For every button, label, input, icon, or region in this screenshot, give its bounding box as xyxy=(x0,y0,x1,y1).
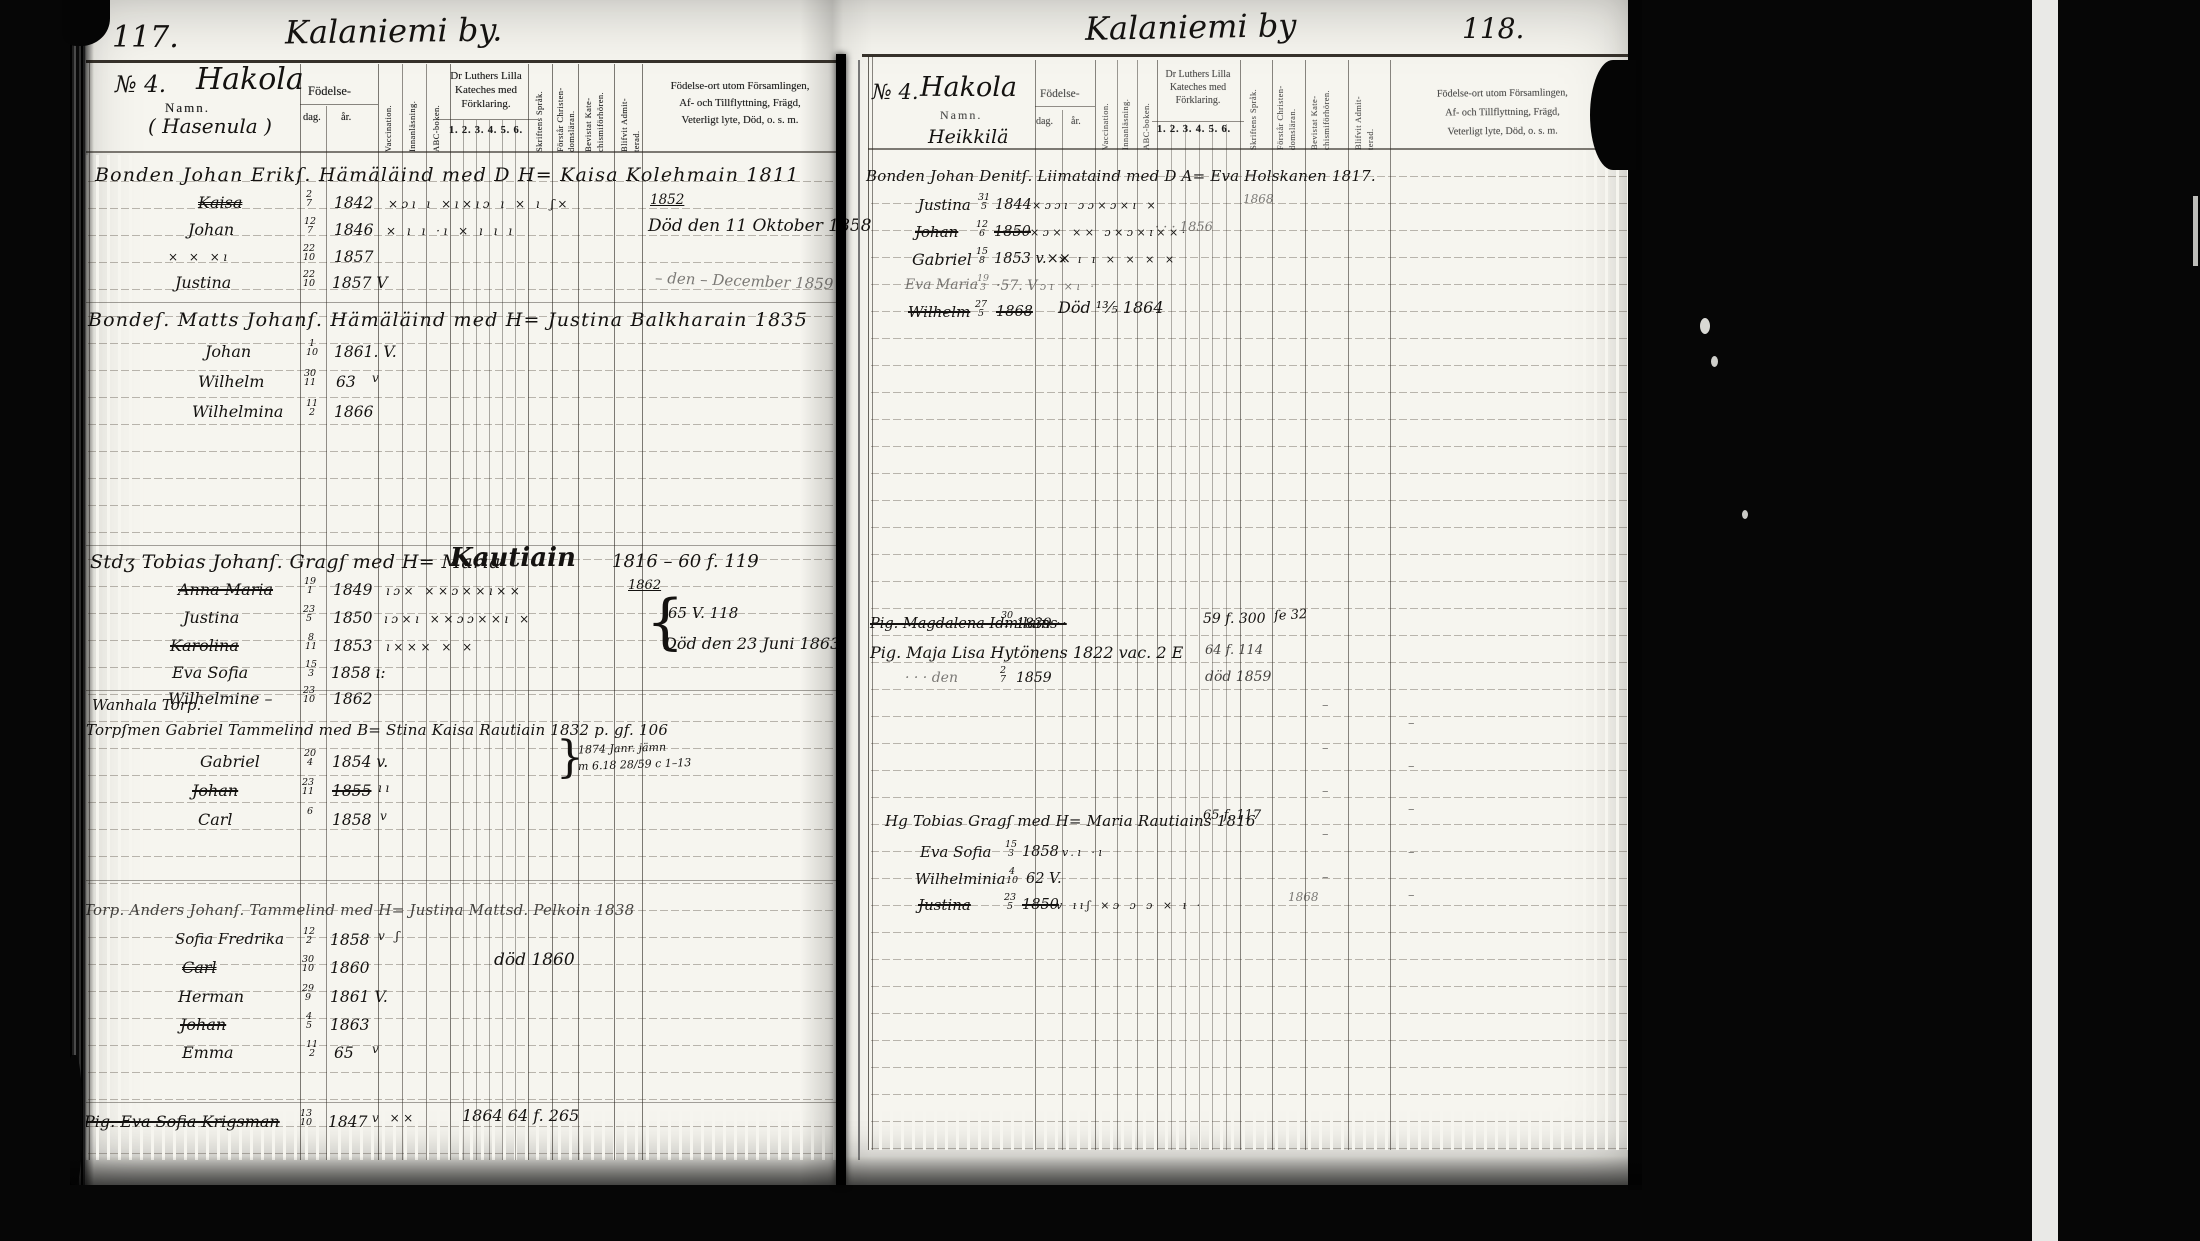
catechism-header-line1: Dr Luthers Lilla xyxy=(1150,68,1246,81)
birth-date: 191 xyxy=(304,578,316,595)
death-remark: Död ¹³⁄₅ 1864 xyxy=(1058,298,1164,317)
birth-year: ·57. V xyxy=(996,278,1037,294)
person-name: Justina xyxy=(918,196,971,214)
birth-year: 1842 xyxy=(334,194,373,212)
birth-date: 126 xyxy=(976,221,988,238)
column-rule xyxy=(1095,60,1096,1150)
household-number: № 4. xyxy=(115,72,166,98)
reading-marks: v xyxy=(372,1042,382,1056)
birth-date: 315 xyxy=(978,194,990,211)
person-name: Wilhelm xyxy=(198,372,264,391)
column-rule xyxy=(1226,124,1227,1150)
birth-year: 1859 xyxy=(1016,670,1052,686)
family-head-reference: 1816 – 60 f. 119 xyxy=(612,551,759,572)
birth-year: 1858 xyxy=(332,811,371,829)
remark: · · · 1856 xyxy=(1155,220,1213,235)
birth-date: 235 xyxy=(303,606,315,623)
remark: 1868 xyxy=(1243,192,1274,206)
farm-name: Hakola xyxy=(920,72,1017,103)
birth-date: 112 xyxy=(306,400,318,417)
birth-year: 63 xyxy=(336,373,356,391)
pen-dash-mark: – xyxy=(1322,741,1329,756)
birth-date: 193 xyxy=(977,275,989,292)
person-name: Herman xyxy=(178,987,244,1006)
column-rule xyxy=(515,120,516,1160)
year-column-label: år. xyxy=(1071,116,1081,127)
reading-marks: ɔı ×ı · xyxy=(1040,280,1097,293)
person-name: Justina xyxy=(918,896,971,914)
birth-date: 235 xyxy=(1004,894,1016,911)
person-name: Johan xyxy=(915,223,958,241)
birth-date: 1310 xyxy=(300,1110,312,1127)
person-name: Johan xyxy=(192,781,238,800)
birth-date: 122 xyxy=(303,928,315,945)
person-name: Carl xyxy=(182,958,217,977)
birth-year: 1860 xyxy=(330,959,369,977)
understands-christianity-label-2: domsläran. xyxy=(566,66,576,152)
person-name: Johan xyxy=(188,220,234,239)
reading-marks: × ı ı × × × × xyxy=(1058,253,1178,266)
column-rule xyxy=(1272,60,1273,1150)
header-bottom-rule xyxy=(85,151,836,153)
catechism-header-line2: Kateches med xyxy=(1150,81,1246,94)
remarks-header-line2: Af- och Tillflyttning, Frägd, xyxy=(1395,102,1610,123)
column-rule xyxy=(1348,60,1349,1150)
page-number-left: 117. xyxy=(112,20,179,55)
scanner-white-strip xyxy=(2032,0,2058,1241)
scan-white-speck xyxy=(1711,356,1718,367)
birth-year: 1858 xyxy=(330,931,369,949)
column-rule xyxy=(326,106,327,1160)
scan-left-edge-streaks xyxy=(70,0,86,1185)
reading-marks: ×ɔɔı ɔɔ×ɔ×ı × xyxy=(1032,199,1159,212)
column-rule xyxy=(1171,124,1172,1150)
birth-year: 1857 V xyxy=(332,274,388,292)
birth-year: 1855 xyxy=(332,782,371,800)
family-head-entry: Torp. Anders Johanſ. Tammelind med H= Ju… xyxy=(84,901,634,919)
village-title-right: Kalaniemi by xyxy=(1085,6,1297,48)
family-separator-line xyxy=(85,880,836,881)
remark: 65 f. 117 xyxy=(1203,808,1261,823)
catechism-subheader-rule xyxy=(438,119,538,120)
column-rule xyxy=(1137,60,1138,1150)
croft-name-note: Wanhala Torp. xyxy=(92,696,201,714)
pen-dash-mark: – xyxy=(1322,784,1329,799)
reading-marks: v xyxy=(380,809,390,823)
family-head-entry: Bondeſ. Matts Johanſ. Hämäläind med H= J… xyxy=(88,309,808,331)
catechism-part-numbers: 1. 2. 3. 4. 5. 6. xyxy=(449,125,523,136)
family-head-entry: Bonden Johan Denitſ. Liimataind med D A=… xyxy=(866,167,1376,185)
remark: 1864 64 f. 265 xyxy=(462,1106,579,1125)
reading-marks: v ×× xyxy=(372,1111,417,1125)
birth-date: 27 xyxy=(1000,667,1006,684)
admitted-label-1: Blifvit Admit- xyxy=(619,66,629,152)
farm-name: Hakola xyxy=(196,62,304,97)
family-head-surname: Kautiain xyxy=(450,543,576,573)
family-head-entry: Bonden Johan Erikſ. Hämäläind med D H= K… xyxy=(95,164,800,186)
understands-christianity-label-2: domsläran. xyxy=(1287,64,1297,150)
scan-left-edge-fade xyxy=(86,0,94,1185)
column-rule xyxy=(578,64,579,1160)
birth-year: 1839 · xyxy=(1016,616,1061,632)
remark: ſe 32 xyxy=(1274,607,1308,624)
page-number-right: 118. xyxy=(1462,12,1524,45)
header-top-rule xyxy=(75,60,846,63)
remarks-header-line2: Af- och Tillflyttning, Frägd, xyxy=(646,95,834,112)
reading-marks: v.ı ·ı xyxy=(1062,846,1105,859)
day-column-label: dag. xyxy=(303,112,321,123)
remark: 1868 xyxy=(1288,890,1319,904)
birth-date: 2310 xyxy=(303,687,315,704)
birth-date: 3010 xyxy=(302,956,314,973)
birth-year: 1862 xyxy=(333,690,372,708)
column-rule xyxy=(1117,60,1118,1150)
birth-year: 62 V. xyxy=(1026,871,1062,887)
birth-date: 112 xyxy=(306,1041,318,1058)
page-bottom-shadow xyxy=(70,1156,1642,1185)
header-top-rule xyxy=(862,54,1638,57)
person-name: Sofia Fredrika xyxy=(175,930,284,948)
remark: 1852 xyxy=(650,192,684,208)
scan-right-edge-band xyxy=(1628,0,1642,1190)
farm-subname: Heikkilä xyxy=(928,126,1008,148)
attended-examination-label-1: Bevistat Kate- xyxy=(583,66,593,152)
birth-date: 127 xyxy=(304,218,316,235)
birth-year: 1861. V. xyxy=(334,343,397,361)
birth-year: 1847 xyxy=(328,1113,367,1131)
understands-christianity-label-1: Förstår Christen- xyxy=(555,66,565,152)
column-rule xyxy=(476,120,477,1160)
birth-date: 153 xyxy=(305,661,317,678)
catechism-header-line3: Förklaring. xyxy=(434,97,538,111)
catechism-part-numbers: 1. 2. 3. 4. 5. 6. xyxy=(1157,124,1231,135)
village-title-left: Kalaniemi by. xyxy=(285,10,503,51)
catechism-header-line2: Kateches med xyxy=(434,83,538,97)
birth-date: 275 xyxy=(975,301,987,318)
column-rule xyxy=(489,120,490,1160)
column-rule xyxy=(1199,124,1200,1150)
birth-year: 1857 xyxy=(334,248,373,266)
person-name: · · · den xyxy=(905,670,958,686)
remarks-header-line1: Födelse-ort utom Församlingen, xyxy=(1395,83,1610,104)
person-name: Eva Sofia xyxy=(920,843,991,861)
catechism-subheader-rule xyxy=(1152,121,1244,122)
birth-column-label: Födelse- xyxy=(308,84,351,99)
pen-dash-mark: – xyxy=(1322,870,1329,885)
scripture-language-column-label: Skriftens Språk. xyxy=(534,66,544,152)
birth-date: 301 xyxy=(1001,612,1013,629)
birth-date: 811 xyxy=(305,634,317,651)
birth-date: 410 xyxy=(1006,868,1018,885)
birth-year: 1849 xyxy=(333,581,372,599)
namn-label: Namn. xyxy=(940,108,982,123)
person-name: Gabriel xyxy=(200,752,260,771)
household-number: № 4. xyxy=(872,80,919,104)
column-rule xyxy=(642,64,643,1160)
book-gutter-band xyxy=(836,54,846,1185)
pen-dash-mark: – xyxy=(1408,716,1415,731)
birth-date: 2311 xyxy=(302,779,314,796)
birth-date: 6 xyxy=(307,808,313,817)
family-head-entry: Hg Tobias Gragſ med H= Maria Rautiains 1… xyxy=(885,812,1256,830)
attended-examination-label-2: chismiförhören. xyxy=(1321,64,1331,150)
person-name: Anna Maria xyxy=(178,580,273,599)
birth-date: 3011 xyxy=(304,370,316,387)
left-page-ruled-lines xyxy=(85,155,836,1160)
scripture-language-column-label: Skriftens Språk. xyxy=(1248,64,1258,150)
remark: 64 f. 114 xyxy=(1205,643,1263,658)
pen-dash-mark: – xyxy=(1408,888,1415,903)
catechism-column-header: Dr Luthers Lilla Kateches med Förklaring… xyxy=(1150,68,1246,107)
person-name: Emma xyxy=(182,1043,234,1062)
admitted-label-2: terad. xyxy=(631,66,641,152)
birth-year: 1850 xyxy=(994,224,1031,240)
understands-christianity-label-1: Förstår Christen- xyxy=(1275,64,1285,150)
person-name: Kaisa xyxy=(198,193,242,212)
remarks-header-line3: Veterligt lyte, Död, o. s. m. xyxy=(1395,121,1610,142)
birth-year: 1866 xyxy=(334,403,373,421)
catechism-column-header: Dr Luthers Lilla Kateches med Förklaring… xyxy=(434,69,538,111)
person-name: Johan xyxy=(205,342,251,361)
person-name: Pig. Eva Sofia Krigsman xyxy=(84,1112,280,1131)
birth-year: 1858 xyxy=(1022,844,1059,860)
column-rule xyxy=(872,56,873,1150)
reading-column-label: Innanläsning. xyxy=(1120,64,1130,150)
person-name: Justina xyxy=(183,608,239,627)
birth-date: 2210 xyxy=(303,271,315,288)
person-name: Eva Maria xyxy=(905,277,978,293)
birth-year: 1850 xyxy=(1022,897,1059,913)
birth-year: 65 xyxy=(334,1044,354,1062)
birth-year: 1854 v. xyxy=(332,753,388,771)
admitted-label-1: Blifvit Admit- xyxy=(1353,64,1363,150)
pen-dash-mark: – xyxy=(1408,759,1415,774)
catechism-header-line3: Förklaring. xyxy=(1150,94,1246,107)
book-gutter-line xyxy=(858,60,860,1160)
birth-date: 2210 xyxy=(303,245,315,262)
person-name: Wilhelminia xyxy=(915,870,1006,888)
person-name: Wilhelm xyxy=(908,303,970,321)
vaccination-column-label: Vaccination. xyxy=(383,66,393,152)
birth-year: 1858 ı: xyxy=(331,664,386,682)
attended-examination-label-2: chismiförhören. xyxy=(595,66,605,152)
pen-dash-mark: – xyxy=(1322,827,1329,842)
column-rule xyxy=(614,64,615,1160)
birth-column-label: Födelse- xyxy=(1040,88,1080,100)
pen-dash-mark: – xyxy=(1408,802,1415,817)
person-name: Gabriel xyxy=(912,250,972,269)
birth-date: 153 xyxy=(1005,841,1017,858)
person-name: Wilhelmina xyxy=(192,402,283,421)
scan-white-speck xyxy=(1700,318,1710,334)
reading-marks: v ııʃ ×ɔ ɔ ɔ × ı · xyxy=(1056,899,1204,912)
reading-marks: ıɔ× ××ɔ××ı×× xyxy=(386,584,523,598)
family-separator-line xyxy=(85,1102,836,1103)
remarks-header-line3: Veterligt lyte, Död, o. s. m. xyxy=(646,112,834,129)
column-rule xyxy=(1035,60,1036,1150)
person-name: × × ×ı xyxy=(168,250,231,264)
birth-date: 110 xyxy=(306,340,318,357)
birth-year: 1868 xyxy=(996,304,1033,320)
reading-marks: × ı ı ·ı × ı ı ı xyxy=(386,224,516,238)
day-column-label: dag. xyxy=(1036,116,1053,127)
family-separator-line xyxy=(85,302,836,303)
column-rule xyxy=(552,64,553,1160)
birth-year: 1850 xyxy=(333,609,372,627)
person-name: Karolina xyxy=(170,636,239,655)
birth-date: 27 xyxy=(306,191,312,208)
scan-right-edge-blob xyxy=(1590,60,1636,170)
scan-white-sliver xyxy=(2193,196,2198,266)
attended-examination-label-1: Bevistat Kate- xyxy=(1309,64,1319,150)
birth-year: 1846 xyxy=(334,221,373,239)
death-remark: Död den 23 Juni 1863 xyxy=(664,634,840,653)
column-rule xyxy=(1390,60,1391,1150)
reading-marks: v ʃ xyxy=(378,929,402,943)
birth-date: 299 xyxy=(302,985,314,1002)
person-name: Justina xyxy=(175,273,231,292)
family-head-entry: Stdʒ Tobias Johanſ. Gragſ med H= Maria xyxy=(90,551,501,573)
birth-date: 204 xyxy=(304,750,316,767)
pen-dash-mark: – xyxy=(1408,845,1415,860)
farm-subname: ( Hasenula ) xyxy=(148,114,272,138)
remark: 65 V. 118 xyxy=(668,604,738,622)
column-rule xyxy=(1240,60,1241,1150)
catechism-header-line1: Dr Luthers Lilla xyxy=(434,69,538,83)
reading-marks: ı××× × × xyxy=(386,640,476,654)
remarks-column-header: Födelse-ort utom Församlingen, Af- och T… xyxy=(1395,83,1610,142)
reading-marks: ×ɔı ı ×ı×ıɔ ı × ı ʃ× xyxy=(388,197,571,211)
person-name: Carl xyxy=(198,810,233,829)
column-rule xyxy=(1305,60,1306,1150)
column-rule xyxy=(502,120,503,1160)
admitted-label-2: terad. xyxy=(1365,64,1375,150)
remarks-column-header: Födelse-ort utom Församlingen, Af- och T… xyxy=(646,78,834,129)
reading-marks: ıı xyxy=(378,781,393,795)
birth-subheader-rule xyxy=(1035,106,1095,107)
scan-white-speck xyxy=(1742,510,1748,519)
birth-date: 45 xyxy=(306,1013,312,1030)
birth-year: 1853 xyxy=(333,637,372,655)
column-rule xyxy=(1185,124,1186,1150)
death-remark: död 1860 xyxy=(494,950,575,970)
person-name: Johan xyxy=(180,1015,226,1034)
column-rule xyxy=(1212,124,1213,1150)
remarks-header-line1: Födelse-ort utom Församlingen, xyxy=(646,78,834,95)
scanned-church-record-spread: 117. Kalaniemi by. Kalaniemi by 118. № 4… xyxy=(0,0,2200,1241)
birth-year: 1844 xyxy=(995,197,1032,213)
person-name: Eva Sofia xyxy=(172,663,248,682)
remark: 59 f. 300 xyxy=(1203,611,1266,627)
pen-dash-mark: – xyxy=(1322,698,1329,713)
year-column-label: år. xyxy=(341,112,351,123)
birth-date: 158 xyxy=(976,248,988,265)
reading-column-label: Innanläsning. xyxy=(407,66,417,152)
vaccination-column-label: Vaccination. xyxy=(1100,64,1110,150)
birth-year: 1863 xyxy=(330,1016,369,1034)
person-name: Pig. Maja Lisa Hytönens 1822 vac. 2 E xyxy=(870,643,1183,662)
birth-subheader-rule xyxy=(300,104,378,105)
birth-year: 1861 V. xyxy=(330,988,388,1006)
reading-marks: ıɔ×ı ××ɔɔ××ı × xyxy=(384,612,533,626)
remark: död 1859 xyxy=(1205,669,1271,685)
reading-marks: v xyxy=(372,371,382,385)
